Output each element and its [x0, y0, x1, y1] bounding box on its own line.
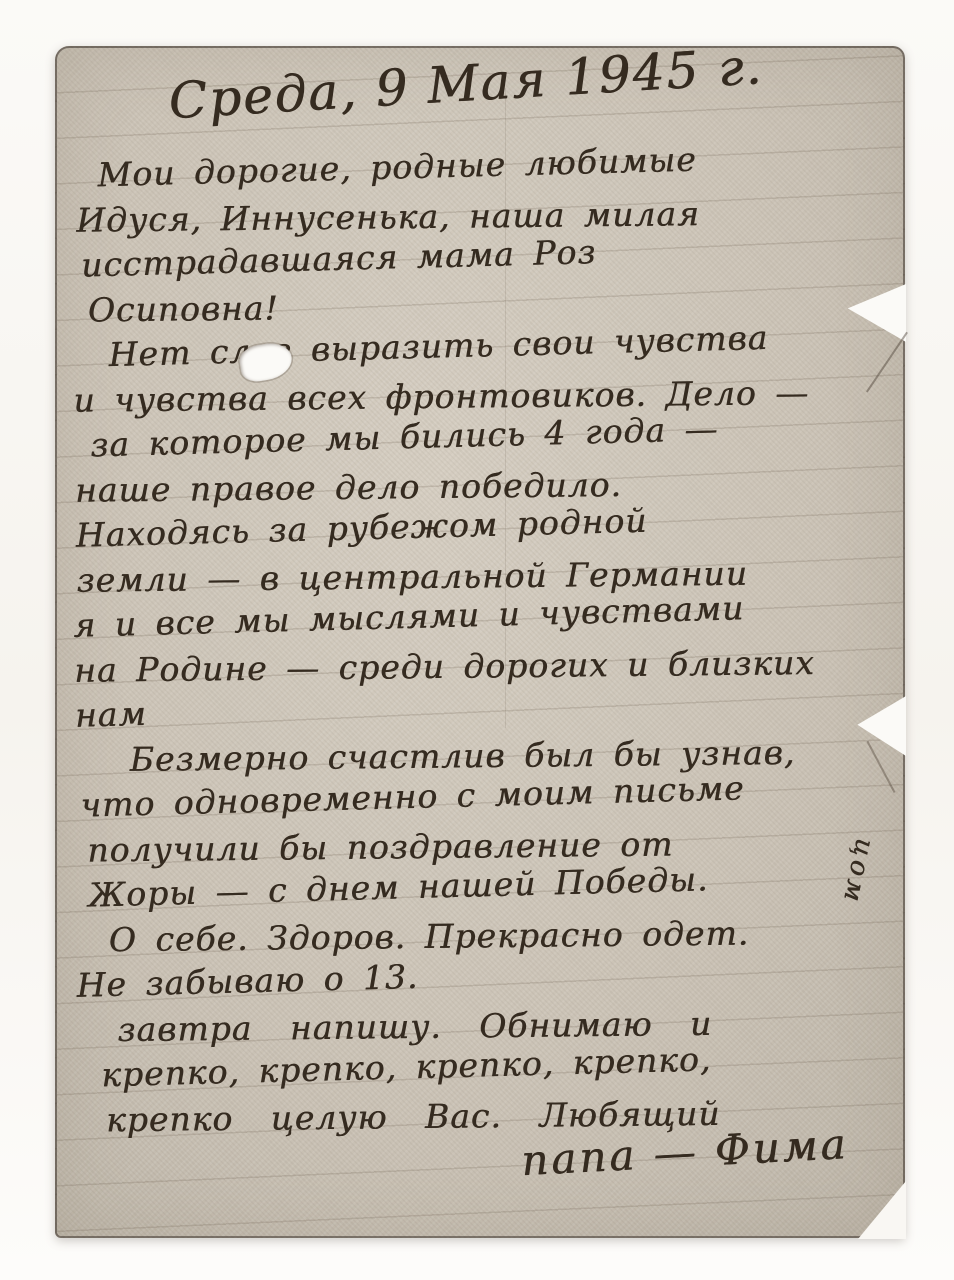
letter-date-heading: Среда, 9 Мая 1945 г.: [53, 0, 903, 137]
letter-paper: Среда, 9 Мая 1945 г. Мои дорогие, родные…: [55, 46, 905, 1238]
handwriting-layer: Среда, 9 Мая 1945 г. Мои дорогие, родные…: [55, 34, 922, 1237]
letter-body: Мои дорогие, родные любимые Идуся, Иннус…: [57, 138, 920, 1143]
letter-scan: Среда, 9 Мая 1945 г. Мои дорогие, родные…: [0, 0, 954, 1280]
letter-line: Мои дорогие, родные любимые: [97, 131, 904, 197]
